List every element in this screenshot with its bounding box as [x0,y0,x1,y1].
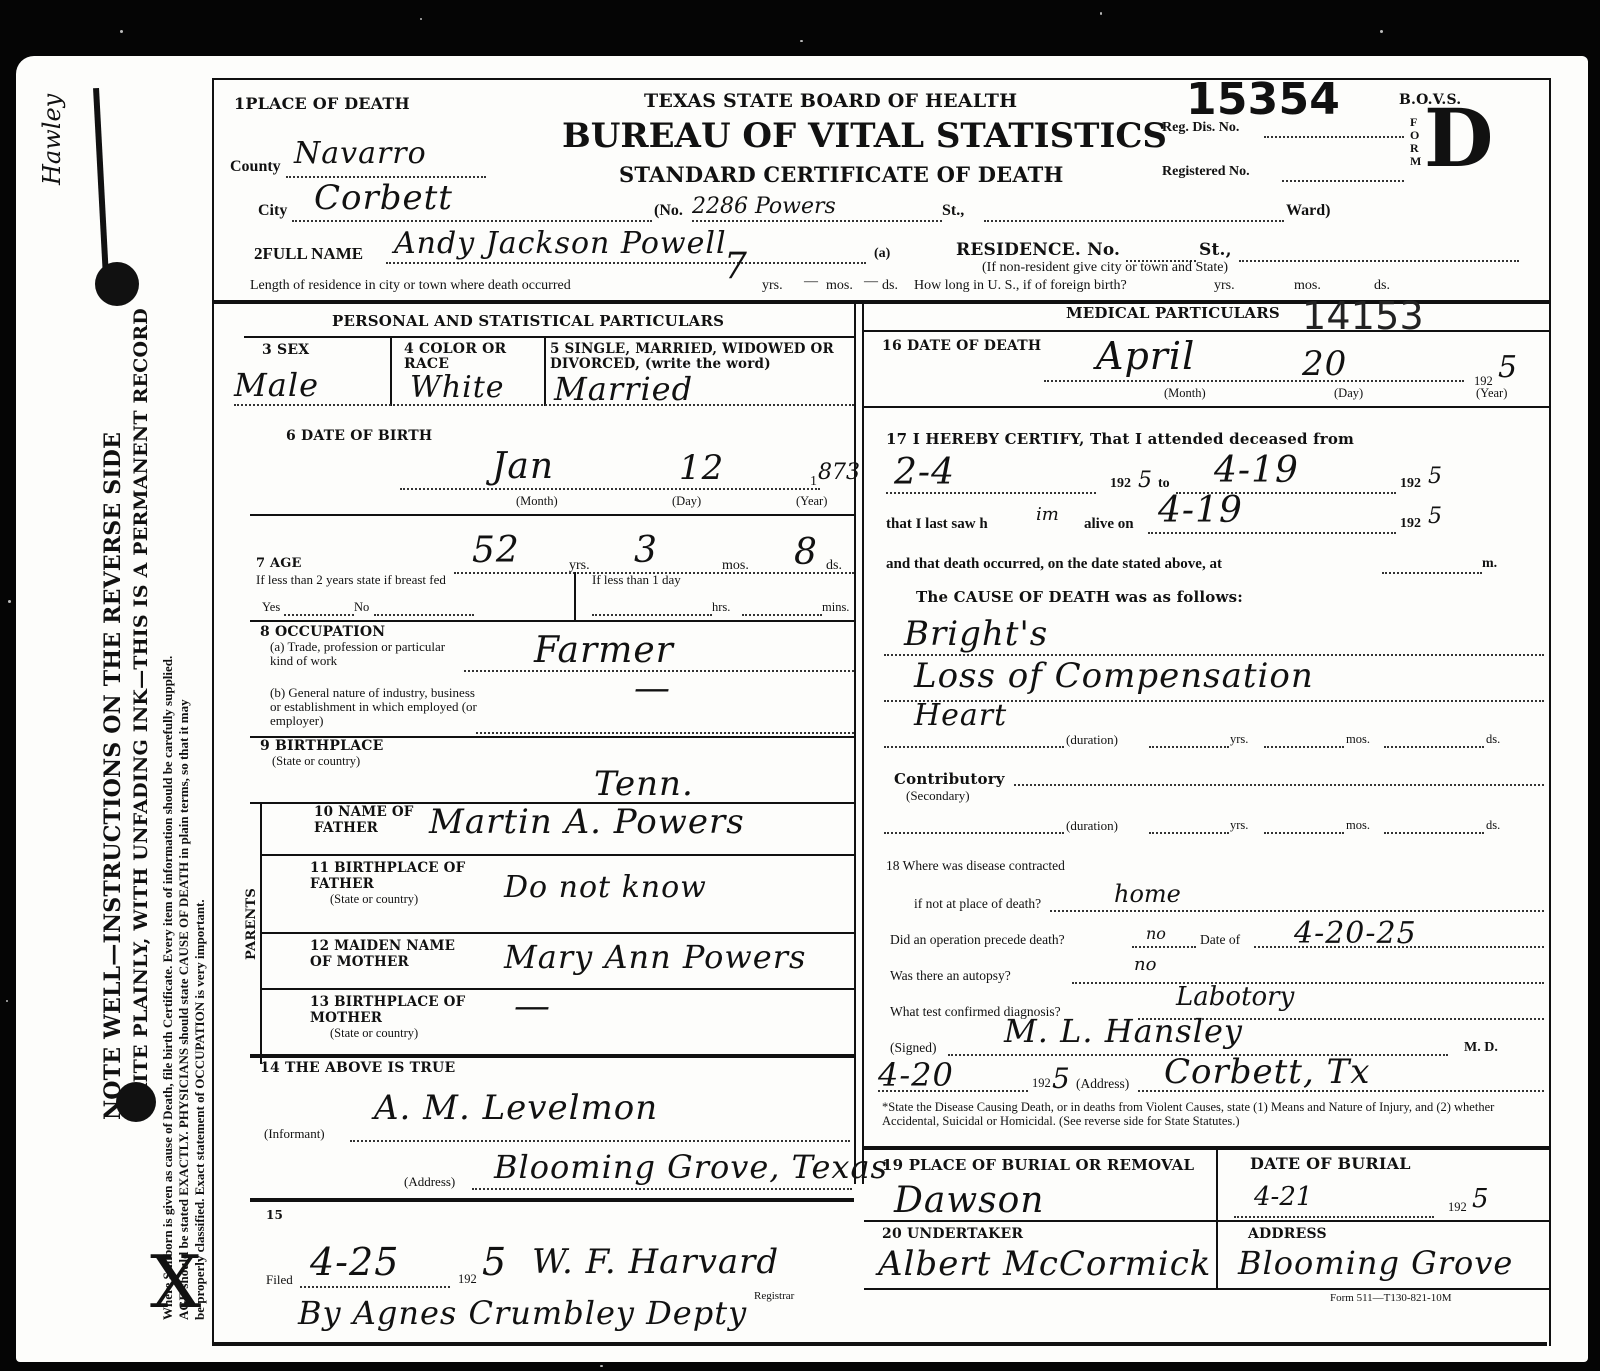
certify-label: 17 I HEREBY CERTIFY, That I attended dec… [886,430,1354,448]
cause-footnote: *State the Disease Causing Death, or in … [882,1100,1532,1128]
sex-label: 3 SEX [262,342,309,358]
place-of-death-label: 1PLACE OF DEATH [234,94,410,113]
scan-noise [600,1365,603,1367]
divider [250,1054,854,1058]
bureau-title: BUREAU OF VITAL STATISTICS [562,116,1167,156]
occupation-label: 8 OCCUPATION [260,624,385,640]
contracted-value: home [1114,880,1181,908]
contributory-2-field[interactable] [884,832,1064,834]
reg-dis-label: Reg. Dis. No. [1162,120,1239,136]
scan-noise [800,40,803,42]
age-months: 3 [634,530,658,571]
scan-noise [6,1000,8,1002]
cause-line-3: Heart [914,698,1007,733]
residence-st-label: St., [1199,240,1232,260]
father-birthplace-value: Do not know [504,870,707,905]
last-saw-label: that I last saw h [886,516,988,533]
filed-year-prefix: 192 [458,1272,477,1287]
burial-date-value: 4-21 [1254,1182,1312,1212]
color-race-value: White [410,370,505,405]
color-race-label: 4 COLOR OR RACE [404,342,524,372]
death-certificate-form: 1PLACE OF DEATH TEXAS STATE BOARD OF HEA… [212,78,1551,1346]
county-label: County [230,158,281,176]
reg-dis-field[interactable] [1264,136,1404,138]
date-of-death-label: 16 DATE OF DEATH [882,338,1041,354]
certificate-number-stamp: 15354 [1186,74,1340,125]
mother-maiden-name-value: Mary Ann Powers [504,938,806,976]
autopsy-label: Was there an autopsy? [890,968,1011,984]
dob-year: 873 [818,460,860,485]
contributory-mos-label: mos. [1346,818,1370,833]
burial-place-value: Dawson [894,1180,1044,1221]
nonresident-note: (If non-resident give city or town and S… [982,260,1228,276]
death-year-caption: (Year) [1476,386,1507,401]
margin-instructions-2: AGE should be stated EXACTLY. PHYSICIANS… [176,699,192,1320]
contracted-sub-label: if not at place of death? [914,896,1041,912]
board-name: TEXAS STATE BOARD OF HEALTH [644,90,1017,112]
column-divider [862,304,864,1184]
last-saw-year-prefix: 192 [1400,516,1421,532]
dob-day: 12 [679,448,724,488]
scan-noise [1380,30,1383,33]
m-label: m. [1482,556,1497,572]
less-than-day-note: If less than 1 day [592,572,681,588]
father-birthplace-sub: (State or country) [330,892,418,907]
father-name-label: 10 NAME OF FATHER [314,804,424,836]
divider [250,514,854,516]
mother-birthplace-label: 13 BIRTHPLACE OF MOTHER [310,994,470,1026]
cell-divider [390,336,392,406]
informant-label: (Informant) [264,1126,325,1142]
mother-birthplace-sub: (State or country) [330,1026,418,1041]
last-saw-pronoun: im [1036,504,1059,525]
divider [250,1198,854,1202]
divider [260,988,854,990]
mother-birthplace-value: — [514,986,551,1027]
divider [244,336,854,338]
street-field[interactable] [692,220,942,222]
ds-label: ds. [882,278,898,294]
breast-fed-yes-field[interactable] [284,614,354,616]
foreign-ds: ds. [1374,278,1390,294]
age-years: 52 [472,530,520,571]
informant-field[interactable] [350,1140,850,1142]
signed-label: (Signed) [890,1040,937,1056]
city-label: City [258,202,287,220]
occupation-a-label: (a) Trade, profession or particular kind… [270,640,470,668]
birthplace-sub: (State or country) [272,754,360,769]
operation-value: no [1146,924,1166,943]
form-bottom-border [212,1342,1547,1346]
margin-note-well: NOTE WELL—INSTRUCTIONS ON THE REVERSE SI… [100,432,126,1120]
hrs-field[interactable] [592,614,712,616]
age-days: 8 [794,532,818,573]
father-birthplace-label: 11 BIRTHPLACE OF FATHER [310,860,470,892]
scan-noise [8,600,11,603]
foreign-yrs: yrs. [1214,278,1235,294]
operation-date-value: 4-20-25 [1294,916,1417,951]
sex-value: Male [234,366,319,404]
divider [234,404,854,406]
contributory-mos-field[interactable] [1264,832,1344,834]
margin-annotation: Hawley [38,94,66,185]
margin-instructions-1: Where Stillborn is given as cause of Dea… [160,656,176,1320]
breast-fed-yes-label: Yes [262,600,280,615]
scan-noise [1100,12,1102,15]
informant-address-field[interactable] [472,1188,852,1190]
divider [260,932,854,934]
ward-label: Ward) [1286,202,1330,220]
punch-hole-top [95,262,139,306]
death-day: 20 [1302,344,1347,384]
residence-label: RESIDENCE. No. [956,240,1120,260]
medical-section-title: MEDICAL PARTICULARS [1066,304,1280,322]
filed-year: 5 [482,1240,507,1284]
margin-write-plainly: WRITE PLAINLY, WITH UNFADING INK—THIS IS… [130,308,152,1120]
certificate-title: STANDARD CERTIFICATE OF DEATH [619,162,1064,187]
occupation-b-value: — [634,668,671,709]
physician-address-value: Corbett, Tx [1164,1052,1370,1092]
undertaker-address-value: Blooming Grove [1238,1244,1513,1282]
death-month: April [1096,334,1195,378]
filed-date-field[interactable] [300,1286,450,1288]
mos-label: mos. [826,278,853,294]
form-vertical-label: FORM [1410,116,1422,168]
date-of-label: Date of [1200,932,1240,948]
above-is-true-label: 14 THE ABOVE IS TRUE [260,1060,455,1076]
full-name-label: 2FULL NAME [254,244,363,264]
divider [864,1146,1549,1150]
registered-no-field[interactable] [1282,180,1404,182]
informant-address-label: (Address) [404,1174,455,1190]
scan-noise [420,18,422,20]
divider [864,330,1549,332]
scan-noise [120,30,123,33]
marital-status-value: Married [554,370,693,408]
punch-hole-bottom [116,1082,156,1122]
operation-label: Did an operation precede death? [890,932,1065,948]
last-saw-field[interactable] [1148,532,1396,534]
duration-mos-field[interactable] [1264,746,1344,748]
attended-from: 2-4 [894,452,955,493]
burial-date-field[interactable] [1234,1216,1434,1218]
death-time-field[interactable] [1382,572,1482,574]
city-field[interactable] [292,220,652,222]
operation-field[interactable] [1132,946,1196,948]
cause-line-2: Loss of Compensation [914,656,1314,696]
margin-x-mark: X [150,1240,202,1324]
duration-ds-field[interactable] [1384,746,1484,748]
ward-field[interactable] [984,220,1284,222]
length-residence-yrs: 7 [724,246,748,287]
filed-label: Filed [266,1272,293,1288]
cause-label: The CAUSE OF DEATH was as follows: [916,588,1243,606]
death-year: 5 [1498,350,1517,385]
contributory-label: Contributory [894,770,1005,788]
street-no-label: (No. [654,202,683,220]
duration-ds-label: ds. [1486,732,1500,747]
divider [260,854,854,856]
mins-field[interactable] [742,614,822,616]
undertaker-value: Albert McCormick [878,1244,1211,1284]
secondary-label: (Secondary) [906,788,970,804]
signed-date-field[interactable] [878,1090,1028,1092]
burial-year-prefix: 192 [1448,1200,1467,1215]
dob-year-prefix: 1 [810,474,817,490]
full-name-field[interactable] [386,262,866,264]
md-label: M. D. [1464,1040,1498,1056]
autopsy-field[interactable] [1072,982,1544,984]
day-caption: (Day) [672,494,701,509]
signed-date: 4-20 [878,1056,954,1094]
foreign-birth-label: How long in U. S., if of foreign birth? [914,278,1127,294]
contracted-label: 18 Where was disease contracted [886,858,1065,874]
dob-month: Jan [492,446,554,487]
birthplace-label: 9 BIRTHPLACE [260,738,383,754]
duration-yrs-label: yrs. [1230,732,1248,747]
form-letter: D [1424,98,1494,178]
parents-label: PARENTS [244,888,259,960]
age-label: 7 AGE [256,556,302,571]
mother-maiden-name-label: 12 MAIDEN NAME OF MOTHER [310,938,480,970]
registrar-label: Registrar [754,1290,794,1302]
breast-fed-no-field[interactable] [374,614,474,616]
divider [250,620,854,622]
length-residence-mos: — [804,274,818,290]
undertaker-address-label: ADDRESS [1248,1226,1327,1242]
deputy-signature: By Agnes Crumbley Depty [298,1294,747,1332]
duration-label: (duration) [1066,732,1118,748]
cell-divider [574,572,576,620]
year-caption: (Year) [796,494,827,509]
contracted-field[interactable] [1050,910,1544,912]
length-residence-ds: — [864,274,878,290]
age-ds-unit: ds. [826,558,842,574]
breast-fed-no-label: No [354,600,369,615]
column-divider [854,304,856,1184]
dob-label: 6 DATE OF BIRTH [286,428,432,444]
cause-line-1: Bright's [904,614,1048,654]
st-label: St., [942,202,964,220]
attended-to: 4-19 [1214,450,1299,491]
contributory-field[interactable] [1014,784,1544,786]
full-name-value: Andy Jackson Powell [394,226,727,261]
cell-divider [544,336,546,406]
father-name-value: Martin A. Powers [429,802,745,842]
form-code: Form 511—T130-821-10M [1330,1292,1452,1304]
burial-year: 5 [1472,1184,1489,1214]
burial-place-label: 19 PLACE OF BURIAL OR REMOVAL [882,1156,1194,1174]
city-value: Corbett [314,178,453,218]
autopsy-value: no [1134,954,1156,975]
personal-section-title: PERSONAL AND STATISTICAL PARTICULARS [332,312,724,330]
test-value: Labotory [1176,982,1294,1012]
last-saw-year: 5 [1428,504,1442,529]
death-occurred-label: and that death occurred, on the date sta… [886,556,1222,573]
age-mos-unit: mos. [722,558,749,574]
divider [864,1220,1216,1222]
signed-year-prefix: 192 [1032,1076,1051,1091]
yrs-label: yrs. [762,278,783,294]
filing-section-label: 15 [266,1208,283,1222]
occupation-b-field[interactable] [476,732,854,734]
physician-signature: M. L. Hansley [1004,1012,1243,1050]
date-of-death-field[interactable] [1044,380,1464,382]
attended-to-year-prefix: 192 [1400,476,1421,492]
death-day-caption: (Day) [1334,386,1363,401]
dob-field[interactable] [400,488,820,490]
contributory-yrs-field[interactable] [1149,832,1229,834]
attended-from-year-prefix: 192 [1110,476,1131,492]
attended-to-year: 5 [1428,464,1442,489]
a-label: (a) [874,246,890,262]
divider [1218,1220,1549,1222]
hrs-label: hrs. [712,600,730,615]
divider [864,1288,1549,1290]
contributory-ds-label: ds. [1486,818,1500,833]
mins-label: mins. [822,600,849,615]
burial-date-label: DATE OF BURIAL [1250,1154,1411,1173]
undertaker-label: 20 UNDERTAKER [882,1226,1023,1242]
filed-date: 4-25 [310,1240,399,1284]
registrar-signature: W. F. Harvard [532,1242,779,1282]
residence-st-field[interactable] [1239,260,1519,262]
informant-address-value: Blooming Grove, Texas [494,1148,888,1186]
informant-value: A. M. Levelmon [374,1088,658,1128]
month-caption: (Month) [516,494,558,509]
registered-no-label: Registered No. [1162,164,1250,180]
attended-from-year: 5 [1138,468,1152,493]
occupation-b-label: (b) General nature of industry, business… [270,686,480,728]
divider [864,406,1549,408]
signed-year: 5 [1052,1062,1071,1095]
occupation-a-value: Farmer [534,630,674,671]
contributory-yrs-label: yrs. [1230,818,1248,833]
last-saw-date: 4-19 [1158,490,1243,531]
death-month-caption: (Month) [1164,386,1206,401]
duration-yrs-field[interactable] [1149,746,1229,748]
cause-line-3-field[interactable] [884,746,1064,748]
contributory-duration-label: (duration) [1066,818,1118,834]
duration-mos-label: mos. [1346,732,1370,747]
county-value: Navarro [294,136,427,171]
street-no-value: 2286 Powers [692,194,836,219]
marital-status-label: 5 SINGLE, MARRIED, WIDOWED OR DIVORCED, … [550,342,850,372]
breast-fed-note: If less than 2 years state if breast fed [256,572,446,588]
age-yrs-unit: yrs. [569,558,590,574]
contributory-ds-field[interactable] [1384,832,1484,834]
length-residence-label: Length of residence in city or town wher… [250,278,571,294]
physician-address-label: (Address) [1076,1076,1129,1092]
foreign-mos: mos. [1294,278,1321,294]
birthplace-value: Tenn. [594,764,694,804]
alive-on-label: alive on [1084,516,1134,533]
